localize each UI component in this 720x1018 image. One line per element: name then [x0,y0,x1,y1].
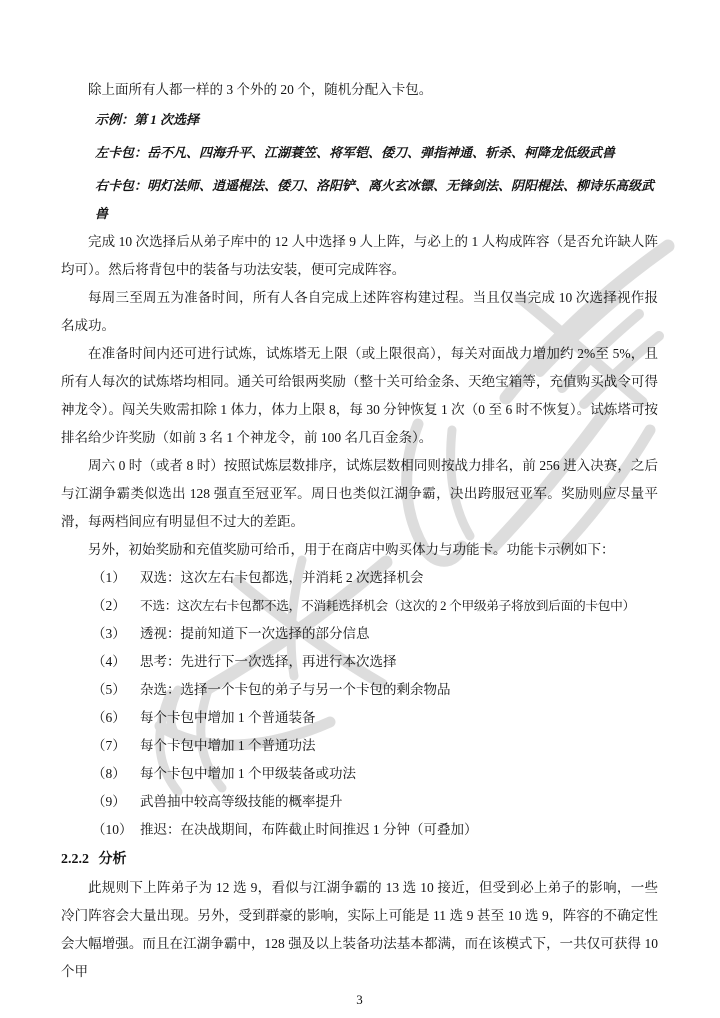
list-item-text: 每个卡包中增加 1 个普通功法 [140,738,316,753]
list-item-number: （3） [92,620,126,648]
list-item: （2） 不选：这次左右卡包都不选，不消耗选择机会（这次的 2 个甲级弟子将放到后… [61,592,658,620]
list-item-text: 思考：先进行下一次选择，再进行本次选择 [140,654,397,669]
list-item-number: （5） [92,676,126,704]
list-item-number: （10） [92,816,133,844]
paragraph-analysis: 此规则下上阵弟子为 12 选 9，看似与江湖争霸的 13 选 10 接近，但受到… [61,874,658,986]
list-item: （5） 杂选：选择一个卡包的弟子与另一个卡包的剩余物品 [61,676,658,704]
list-item-text: 透视：提前知道下一次选择的部分信息 [140,626,370,641]
paragraph-card-pack-intro: 除上面所有人都一样的 3 个外的 20 个，随机分配入卡包。 [61,76,658,104]
section-heading-analysis: 2.2.2 分析 [61,844,658,874]
list-item-text: 杂选：选择一个卡包的弟子与另一个卡包的剩余物品 [140,682,451,697]
paragraph-ranking: 周六 0 时（或者 8 时）按照试炼层数排序，试炼层数相同则按战力排名，前 25… [61,452,658,536]
list-item-number: （2） [92,592,126,620]
example-title: 示例：第 1 次选择 [95,106,658,134]
list-item-text: 每个卡包中增加 1 个甲级装备或功法 [140,766,356,781]
example-right-pack: 右卡包：明灯法师、逍遥棍法、倭刀、洛阳铲、离火玄冰镖、无锋剑法、阴阳棍法、柳诗乐… [95,172,658,228]
list-item-text: 不选：这次左右卡包都不选，不消耗选择机会（这次的 2 个甲级弟子将放到后面的卡包… [140,599,635,613]
section-title: 分析 [99,850,127,866]
function-card-list: （1） 双选：这次左右卡包都选，并消耗 2 次选择机会 （2） 不选：这次左右卡… [61,564,658,844]
list-item-text: 双选：这次左右卡包都选，并消耗 2 次选择机会 [140,570,424,585]
paragraph-schedule: 每周三至周五为准备时间，所有人各自完成上述阵容构建过程。当且仅当完成 10 次选… [61,284,658,340]
example-block: 示例：第 1 次选择 左卡包：岳不凡、四海升平、江湖蓑笠、将军铠、倭刀、弹指神通… [95,106,658,228]
list-item: （7） 每个卡包中增加 1 个普通功法 [61,732,658,760]
paragraph-trial-tower: 在准备时间内还可进行试炼，试炼塔无上限（或上限很高），每关对面战力增加约 2%至… [61,340,658,452]
paragraph-shop-intro: 另外，初始奖励和充值奖励可给币，用于在商店中购买体力与功能卡。功能卡示例如下： [61,536,658,564]
paragraph-selection-rule: 完成 10 次选择后从弟子库中的 12 人中选择 9 人上阵，与必上的 1 人构… [61,228,658,284]
list-item-number: （7） [92,732,126,760]
list-item-number: （9） [92,788,126,816]
list-item: （6） 每个卡包中增加 1 个普通装备 [61,704,658,732]
list-item-text: 武兽抽中较高等级技能的概率提升 [140,794,343,809]
list-item-text: 推迟：在决战期间，布阵截止时间推迟 1 分钟（可叠加） [140,822,478,837]
list-item-text: 每个卡包中增加 1 个普通装备 [140,710,316,725]
list-item-number: （6） [92,704,126,732]
document-page: 除上面所有人都一样的 3 个外的 20 个，随机分配入卡包。 示例：第 1 次选… [61,76,658,1014]
list-item: （8） 每个卡包中增加 1 个甲级装备或功法 [61,760,658,788]
list-item: （1） 双选：这次左右卡包都选，并消耗 2 次选择机会 [61,564,658,592]
list-item-number: （1） [92,564,126,592]
section-number: 2.2.2 [61,852,89,867]
list-item: （10） 推迟：在决战期间，布阵截止时间推迟 1 分钟（可叠加） [61,816,658,844]
list-item: （9） 武兽抽中较高等级技能的概率提升 [61,788,658,816]
example-left-pack: 左卡包：岳不凡、四海升平、江湖蓑笠、将军铠、倭刀、弹指神通、斩杀、柯降龙低级武兽 [95,139,658,167]
list-item-number: （8） [92,760,126,788]
list-item: （4） 思考：先进行下一次选择，再进行本次选择 [61,648,658,676]
page-number: 3 [61,986,658,1014]
list-item-number: （4） [92,648,126,676]
list-item: （3） 透视：提前知道下一次选择的部分信息 [61,620,658,648]
